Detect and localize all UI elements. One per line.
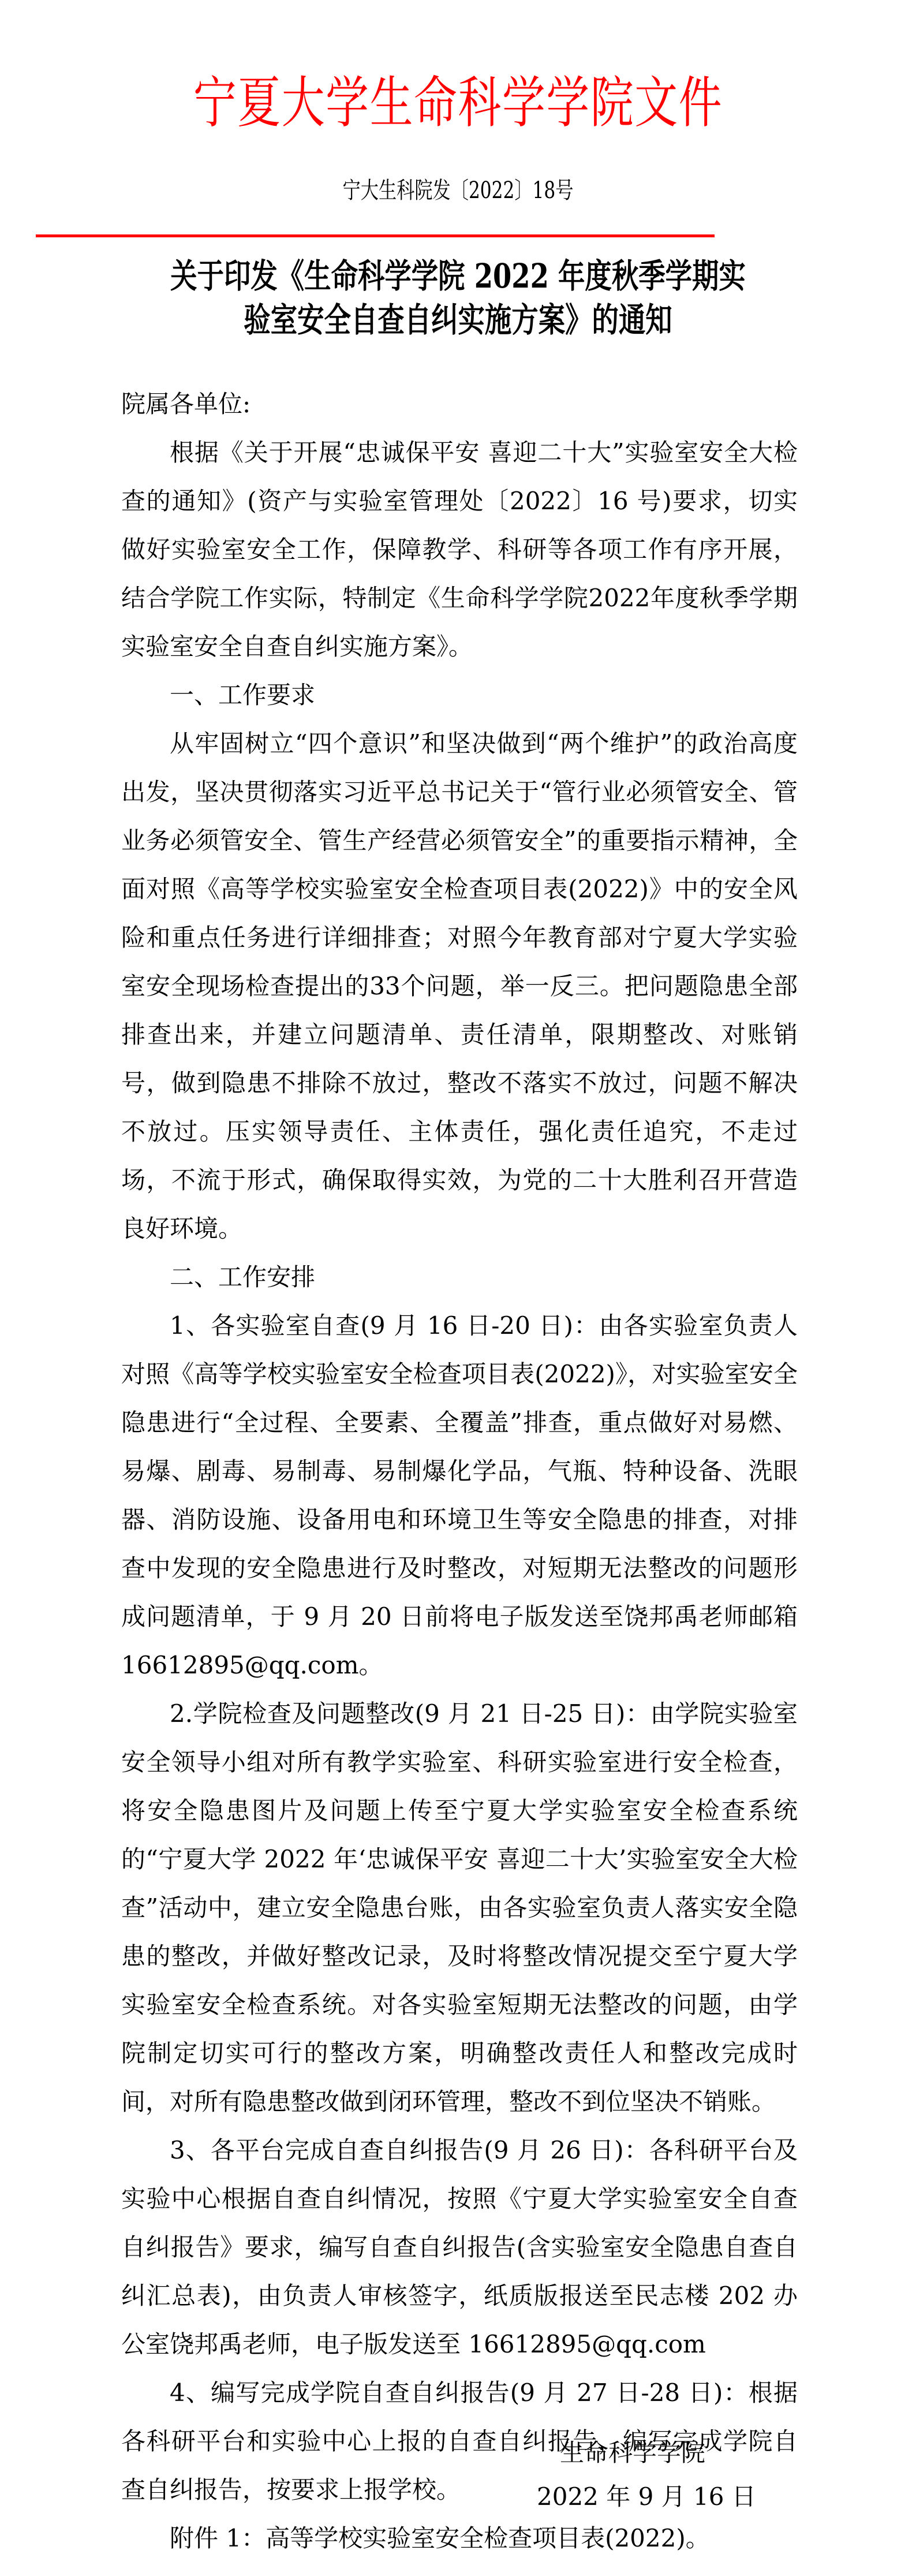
- document-page: 宁夏大学生命科学学院文件 宁大生科院发〔2022〕18号 关于印发《生命科学学院…: [0, 0, 916, 2576]
- requirements-paragraph: 从牢固树立“四个意识”和坚决做到“两个维护”的政治高度出发，坚决贯彻落实习近平总…: [121, 720, 798, 1253]
- document-body: 院属各单位: 根据《关于开展“忠诚保平安 喜迎二十大”实验室安全大检查的通知》(…: [121, 380, 798, 2563]
- red-divider-rule: [36, 234, 715, 237]
- title-line-2: 验室安全自查自纠实施方案》的通知: [119, 298, 797, 342]
- signature-date: 2022 年 9 月 16 日: [537, 2475, 756, 2519]
- section-heading-arrangements: 二、工作安排: [121, 1253, 798, 1302]
- document-title: 关于印发《生命科学学院 2022 年度秋季学期实 验室安全自查自纠实施方案》的通…: [35, 254, 881, 342]
- arrangement-item-2: 2.学院检查及问题整改(9 月 21 日-25 日)：由学院实验室安全领导小组对…: [121, 1690, 798, 2126]
- title-line-1: 关于印发《生命科学学院 2022 年度秋季学期实: [119, 254, 797, 298]
- document-number: 宁大生科院发〔2022〕18号: [101, 173, 816, 208]
- signature-organization: 生命科学学院: [560, 2431, 705, 2475]
- salutation: 院属各单位:: [121, 380, 798, 428]
- section-heading-requirements: 一、工作要求: [121, 671, 798, 720]
- intro-paragraph: 根据《关于开展“忠诚保平安 喜迎二十大”实验室安全大检查的通知》(资产与实验室管…: [121, 428, 798, 671]
- arrangement-item-1: 1、各实验室自查(9 月 16 日-20 日)：由各实验室负责人对照《高等学校实…: [121, 1302, 798, 1690]
- attachment-note: 附件 1：高等学校实验室安全检查项目表(2022)。: [121, 2514, 798, 2563]
- document-masthead: 宁夏大学生命科学学院文件: [101, 68, 816, 137]
- arrangement-item-3: 3、各平台完成自查自纠报告(9 月 26 日)：各科研平台及实验中心根据自查自纠…: [121, 2126, 798, 2369]
